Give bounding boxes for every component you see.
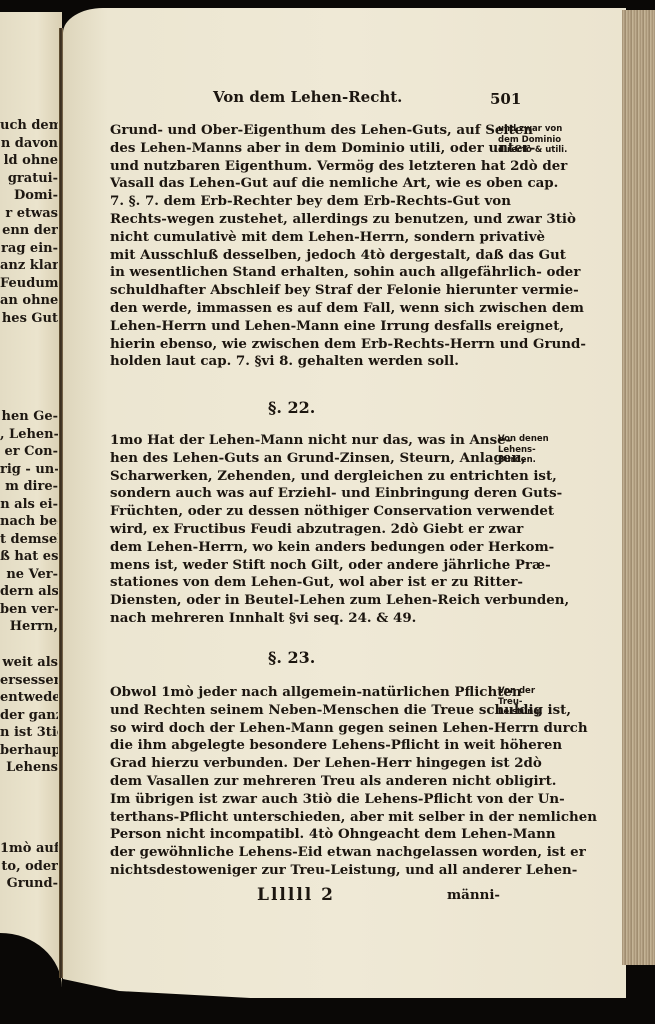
left-fragment-line: Herrn, bbox=[10, 619, 58, 634]
text-line: Grund- und Ober-Eigenthum des Lehen-Guts… bbox=[110, 122, 495, 140]
text-line: holden laut cap. 7. §vi 8. gehalten werd… bbox=[110, 353, 495, 371]
left-fragment-line: uch dem bbox=[0, 118, 58, 133]
left-fragment-line: n ist 3tio bbox=[0, 725, 58, 740]
section-22-heading: §. 22. bbox=[268, 398, 315, 417]
left-fragment-block-lower: weit alsersessen,entwederder ganzn ist 3… bbox=[0, 654, 58, 777]
text-line: Vasall das Lehen-Gut auf die nemliche Ar… bbox=[110, 175, 495, 193]
text-line: stationes von dem Lehen-Gut, wol aber is… bbox=[110, 574, 495, 592]
left-fragment-line: Lehens bbox=[6, 760, 58, 775]
text-line: Rechts-wegen zustehet, allerdings zu ben… bbox=[110, 211, 495, 229]
left-fragment-line: n als ei- bbox=[0, 497, 58, 512]
text-line: 1mo Hat der Lehen-Mann nicht nur das, wa… bbox=[110, 432, 495, 450]
left-fragment-line: r etwas bbox=[5, 206, 58, 221]
text-line: hierin ebenso, wie zwischen dem Erb-Rech… bbox=[110, 336, 495, 354]
left-fragment-line: ben ver- bbox=[0, 602, 58, 617]
text-line: wird, ex Fructibus Feudi abzutragen. 2dò… bbox=[110, 521, 495, 539]
text-line: die ihm abgelegte besondere Lehens-Pflic… bbox=[110, 737, 495, 755]
text-line: und nutzbaren Eigenthum. Vermög des letz… bbox=[110, 158, 495, 176]
section-23-heading: §. 23. bbox=[268, 648, 315, 667]
left-fragment-line: Feudum bbox=[0, 276, 58, 291]
paragraph-1: Grund- und Ober-Eigenthum des Lehen-Guts… bbox=[110, 122, 495, 371]
text-line: der gewöhnliche Lehens-Eid etwan nachgel… bbox=[110, 844, 495, 862]
margin-note-dominio: und zwar von dem Dominio directo & utili… bbox=[498, 124, 568, 156]
text-line: Grad hierzu verbunden. Der Lehen-Herr hi… bbox=[110, 755, 495, 773]
text-line: nicht cumulativè mit dem Lehen-Herrn, so… bbox=[110, 229, 495, 247]
left-fragment-line: anz klar bbox=[0, 258, 58, 273]
left-fragment-line: rig - un- bbox=[0, 462, 58, 477]
text-line: terthans-Pflicht unterschieden, aber mit… bbox=[110, 809, 495, 827]
left-fragment-line: er Con- bbox=[4, 444, 58, 459]
left-fragment-line: hes Gut bbox=[2, 311, 58, 326]
left-fragment-line: an ohne bbox=[0, 293, 58, 308]
text-line: nach mehreren Innhalt §vi seq. 24. & 49. bbox=[110, 610, 495, 628]
margin-note-lehens-buerden: Von denen Lehens-Bürden. bbox=[498, 434, 553, 466]
text-line: Lehen-Herrn und Lehen-Mann eine Irrung d… bbox=[110, 318, 495, 336]
text-line: schuldhafter Abschleif bey Straf der Fel… bbox=[110, 282, 495, 300]
text-line: hen des Lehen-Guts an Grund-Zinsen, Steu… bbox=[110, 450, 495, 468]
left-fragment-line: ne Ver- bbox=[6, 567, 58, 582]
left-fragment-line: ß hat es bbox=[0, 549, 58, 564]
left-fragment-line: der ganz bbox=[0, 708, 58, 723]
text-line: nichtsdestoweniger zur Treu-Leistung, un… bbox=[110, 862, 495, 880]
left-fragment-line: Grund- bbox=[7, 876, 58, 891]
left-fragment-line: entweder bbox=[0, 690, 58, 705]
left-fragment-block-bottom: 1mò aufto, oderGrund- bbox=[0, 840, 58, 893]
text-line: so wird doch der Lehen-Mann gegen seinen… bbox=[110, 720, 495, 738]
text-line: Obwol 1mò jeder nach allgemein-natürlich… bbox=[110, 684, 495, 702]
left-fragment-line: m dire- bbox=[5, 479, 58, 494]
left-fragment-block-top: uch demn davonld ohnegratui-Domi-r etwas… bbox=[0, 117, 58, 327]
text-line: mit Ausschluß desselben, jedoch 4tò derg… bbox=[110, 247, 495, 265]
left-fragment-line: dern als bbox=[0, 584, 58, 599]
left-fragment-line: berhaupt bbox=[0, 743, 58, 758]
margin-note-treu-leistung: Von der Treu-Leistung. bbox=[498, 686, 548, 718]
left-fragment-line: , Lehen- bbox=[0, 427, 58, 442]
text-line: des Lehen-Manns aber in dem Dominio util… bbox=[110, 140, 495, 158]
left-fragment-line: enn der bbox=[2, 223, 58, 238]
signature-mark: Llllll 2 bbox=[257, 885, 335, 905]
text-line: Scharwerken, Zehenden, und dergleichen z… bbox=[110, 468, 495, 486]
text-line: und Rechten seinem Neben-Menschen die Tr… bbox=[110, 702, 495, 720]
section-22-text: 1mo Hat der Lehen-Mann nicht nur das, wa… bbox=[110, 432, 495, 628]
left-fragment-line: weit als bbox=[2, 655, 58, 670]
left-fragment-line: to, oder bbox=[1, 859, 58, 874]
catchword: männi- bbox=[447, 887, 500, 903]
left-fragment-block-middle: hen Ge-, Lehen-er Con-rig - un-m dire-n … bbox=[0, 408, 58, 636]
text-line: 7. §. 7. dem Erb-Rechter bey dem Erb-Rec… bbox=[110, 193, 495, 211]
left-fragment-line: t demsel- bbox=[0, 532, 58, 547]
text-line: sondern auch was auf Erziehl- und Einbri… bbox=[110, 485, 495, 503]
section-23-text: Obwol 1mò jeder nach allgemein-natürlich… bbox=[110, 684, 495, 880]
left-fragment-line: rag ein- bbox=[1, 241, 58, 256]
left-fragment-line: nach be- bbox=[0, 514, 58, 529]
left-fragment-line: 1mò auf bbox=[0, 841, 58, 856]
page-edges bbox=[622, 10, 655, 965]
text-line: dem Vasallen zur mehreren Treu als ander… bbox=[110, 773, 495, 791]
left-fragment-line: n davon bbox=[1, 136, 58, 151]
left-fragment-line: ersessen, bbox=[0, 673, 58, 688]
text-line: Person nicht incompatibl. 4tò Ohngeacht … bbox=[110, 826, 495, 844]
text-line: mens ist, weder Stift noch Gilt, oder an… bbox=[110, 557, 495, 575]
text-line: dem Lehen-Herrn, wo kein anders bedungen… bbox=[110, 539, 495, 557]
text-line: den werde, immassen es auf dem Fall, wen… bbox=[110, 300, 495, 318]
text-line: in wesentlichen Stand erhalten, sohin au… bbox=[110, 264, 495, 282]
running-head: Von dem Lehen-Recht. bbox=[213, 88, 402, 106]
left-fragment-line: Domi- bbox=[14, 188, 58, 203]
text-line: Im übrigen ist zwar auch 3tiò die Lehens… bbox=[110, 791, 495, 809]
text-line: Früchten, oder zu dessen nöthiger Conser… bbox=[110, 503, 495, 521]
text-line: Diensten, oder in Beutel-Lehen zum Lehen… bbox=[110, 592, 495, 610]
left-fragment-line: gratui- bbox=[8, 171, 58, 186]
page-number: 501 bbox=[490, 90, 521, 108]
left-fragment-line: ld ohne bbox=[4, 153, 58, 168]
left-fragment-line: hen Ge- bbox=[2, 409, 58, 424]
